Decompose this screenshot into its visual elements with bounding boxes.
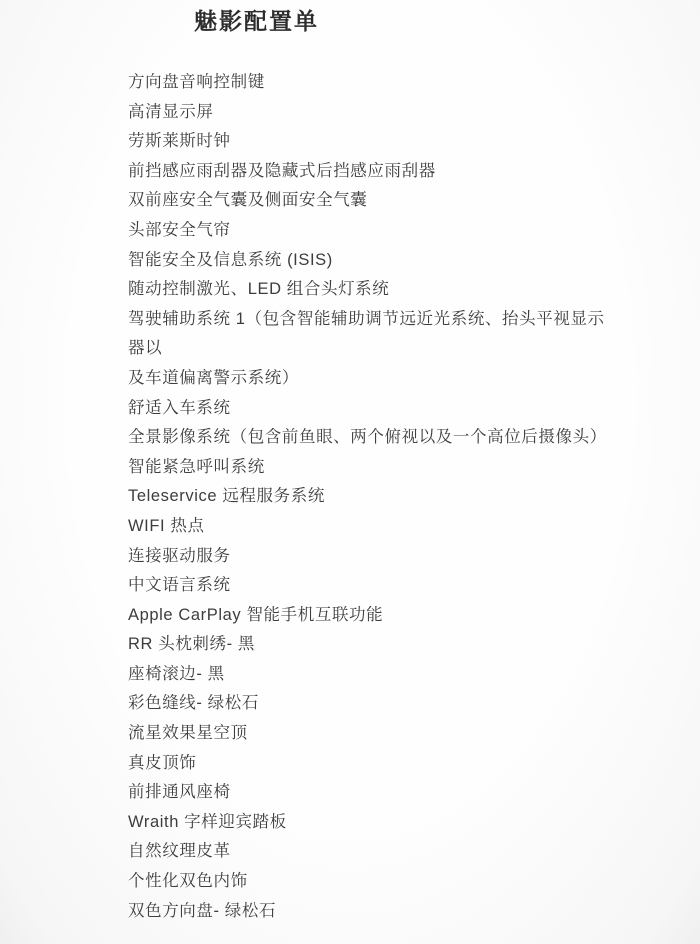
config-list-item: 随动控制激光、LED 组合头灯系统 (128, 275, 606, 305)
config-list-item: Apple CarPlay 智能手机互联功能 (128, 601, 606, 631)
config-list-item: 智能安全及信息系统 (ISIS) (128, 246, 606, 276)
config-list-item: 劳斯莱斯时钟 (128, 127, 606, 157)
config-list-item: 双前座安全气囊及侧面安全气囊 (128, 186, 606, 216)
config-list-item: 自然纹理皮革 (128, 837, 606, 867)
config-list-item: 真皮顶饰 (128, 749, 606, 779)
config-list-item: 个性化双色内饰 (128, 867, 606, 897)
config-list-item: WIFI 热点 (128, 512, 606, 542)
config-list-item: 智能紧急呼叫系统 (128, 453, 606, 483)
config-list-item: 方向盘音响控制键 (128, 68, 606, 98)
config-list-item: 舒适入车系统 (128, 394, 606, 424)
config-list-item: 座椅滚边- 黑 (128, 660, 606, 690)
config-list-item: Wraith 字样迎宾踏板 (128, 808, 606, 838)
config-list-item: 前排通风座椅 (128, 778, 606, 808)
config-list: 方向盘音响控制键高清显示屏劳斯莱斯时钟前挡感应雨刮器及隐藏式后挡感应雨刮器双前座… (128, 68, 606, 926)
config-list-item: 流星效果星空顶 (128, 719, 606, 749)
config-list-item: 驾驶辅助系统 1（包含智能辅助调节远近光系统、抬头平视显示器以 及车道偏离警示系… (128, 305, 606, 394)
config-list-item: 前挡感应雨刮器及隐藏式后挡感应雨刮器 (128, 157, 606, 187)
page-title: 魅影配置单 (194, 6, 590, 36)
config-list-item: 连接驱动服务 (128, 542, 606, 572)
config-list-item: Teleservice 远程服务系统 (128, 482, 606, 512)
config-list-item: 全景影像系统（包含前鱼眼、两个俯视以及一个高位后摄像头） (128, 423, 606, 453)
config-list-item: 中文语言系统 (128, 571, 606, 601)
document-page: 魅影配置单 方向盘音响控制键高清显示屏劳斯莱斯时钟前挡感应雨刮器及隐藏式后挡感应… (0, 0, 700, 944)
config-list-item: 头部安全气帘 (128, 216, 606, 246)
config-list-item: RR 头枕刺绣- 黑 (128, 630, 606, 660)
config-list-item: 高清显示屏 (128, 98, 606, 128)
config-list-item: 双色方向盘- 绿松石 (128, 897, 606, 927)
config-list-item: 彩色缝线- 绿松石 (128, 689, 606, 719)
